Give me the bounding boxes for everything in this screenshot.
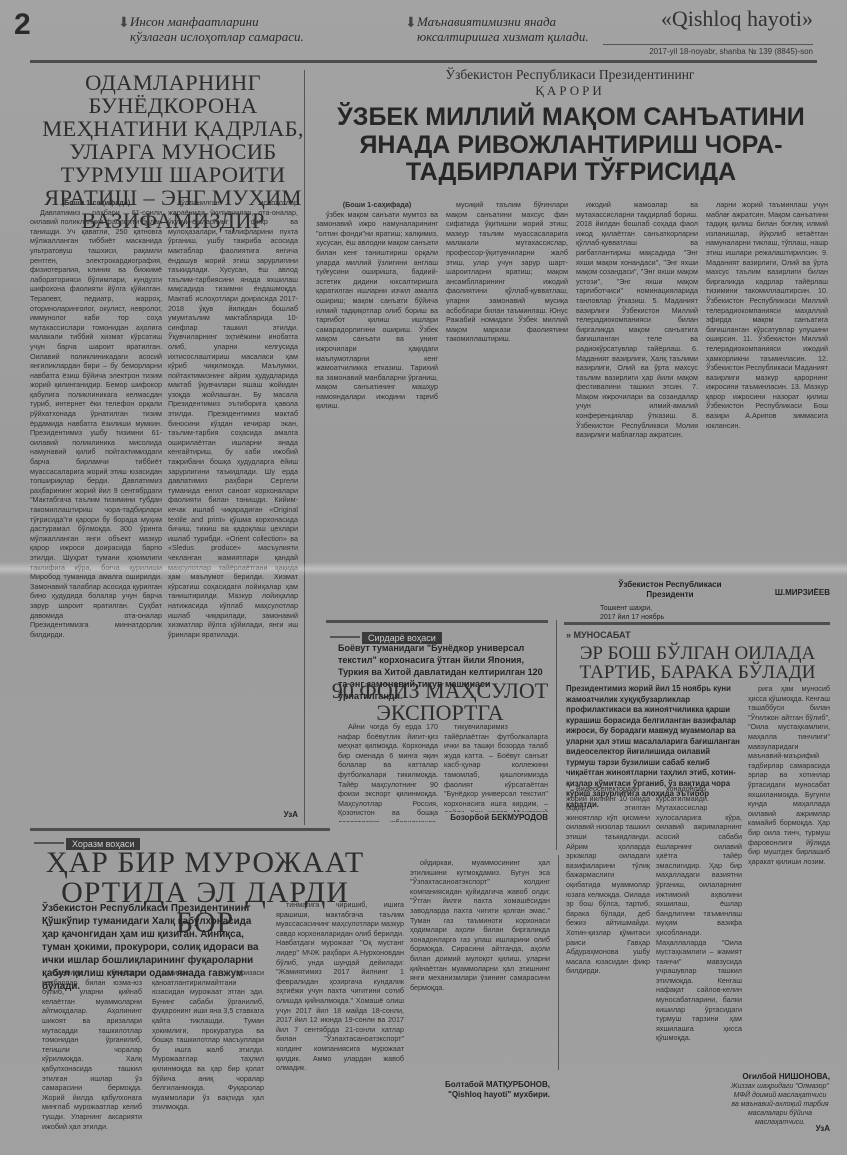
article5-col2-text: розилик аризаси қаноатлантирилмайтгани ю… (152, 968, 264, 1112)
article2-column-4: ларни жорий таъминлаш учун маблағ ажратс… (706, 200, 828, 576)
article4-rubric-label: МУНОСАБАТ (574, 630, 631, 640)
teaser-left[interactable]: ⬇ Инсон манфаатларини кўзлаган ислоҳотла… (118, 14, 330, 44)
teaser-right[interactable]: ⬇ Маънавиятимизни янада юксалтиришга хиз… (405, 14, 627, 44)
paper-fold (0, 562, 847, 576)
article4-headline: ЭР БОШ БЎЛГАН ОИЛАДА ТАРТИБ, БАРАКА БЎЛА… (560, 644, 835, 683)
article4-agency: УзА (730, 1124, 830, 1133)
article4-col1-text: Видеоселектордан жорий йилнинг 10 ойида … (566, 784, 650, 976)
article5-col1-text: Одамлар бевосита раҳбарлар билан юзма-юз… (42, 968, 142, 1131)
article3-top-rule (326, 620, 548, 623)
article4-column-3: рига ҳам муносиб ҳисса қўшмоқда. Кенгаш … (748, 684, 830, 1070)
page-number: 2 (14, 8, 31, 42)
article2-continued-note: (Боши 1-саҳифада) (316, 200, 438, 210)
teaser-right-line2: юксалтиришга хизмат қилади. (417, 29, 627, 44)
article2-date: 2017 йил 17 ноябрь (600, 613, 720, 622)
rubric-pen-icon (330, 636, 360, 638)
double-chevron-icon: » (566, 630, 571, 640)
article2-column-2: мусиқий таълим бўғинлари мақом санъатини… (446, 200, 568, 562)
article2-signer-title: Ўзбекистон Республикаси Президенти (600, 580, 740, 600)
article2-place: Тошкент шаҳри, (600, 604, 720, 613)
article5-signature-role: "Qishloq hayoti" мухбири. (410, 1090, 550, 1099)
article2-col4-text: ларни жорий таъминлаш учун маблағ ажратс… (706, 200, 828, 430)
article5-col3-text: тинмагига чиришиб, ишига ярашиши, мактаб… (276, 900, 404, 1073)
article4-top-rule (564, 622, 830, 625)
signer-title-line2: Президенти (600, 590, 740, 600)
article4-column-2: хонадонлар кўрсатилмайди. Мутахассислар … (656, 784, 742, 1054)
article1-column-1: (Боши 1-саҳифада) Давлатимиз раҳбари 61-… (30, 198, 162, 826)
article5-signature-name: Болтабой МАТҚУРБОНОВ, (410, 1080, 550, 1089)
column-divider (304, 70, 305, 825)
rubric-pen-icon (34, 842, 64, 844)
article3-column-1: Айни чоғда бу ерда 170 нафар боёвутлик й… (338, 722, 438, 822)
signer-title-line1: Ўзбекистон Республикаси (600, 580, 740, 590)
article2-col1-text: ўзбек мақом санъати мумтоз ва замонавий … (316, 210, 438, 411)
article1-column-2: қўлланилган ислоҳотлар жараёнида ўқитувч… (168, 198, 298, 808)
article3-column-2: тикувчиларимиз тайёрлаётган футболкаларг… (444, 722, 548, 812)
article2-signer-name: Ш.МИРЗИЁЕВ (740, 588, 830, 597)
article2-kicker: Ўзбекистон Республикаси Президентининг (310, 68, 830, 82)
article4-col3-text: рига ҳам муносиб ҳисса қўшмоқда. Кенгаш … (748, 684, 830, 866)
arrow-down-icon: ⬇ (118, 16, 130, 31)
article2-column-1: (Боши 1-саҳифада) ўзбек мақом санъати му… (316, 200, 438, 562)
article5-column-1: Одамлар бевосита раҳбарлар билан юзма-юз… (42, 968, 142, 1153)
article3-col1-text: Айни чоғда бу ерда 170 нафар боёвутлик й… (338, 722, 438, 822)
article3-headline: 90 ФОИЗ МАҲСУЛОТ ЭКСПОРТГА (330, 680, 550, 725)
teaser-left-line1: Инсон манфаатларини (130, 14, 330, 29)
arrow-down-icon: ⬇ (405, 16, 417, 31)
article2-headline: ЎЗБЕК МИЛЛИЙ МАҚОМ САНЪАТИНИ ЯНАДА РИВОЖ… (316, 104, 826, 187)
article5-column-4: ойдиркаи, муаммосининг ҳал этилишини кут… (410, 858, 550, 1080)
article2-column-3: ижодий жамоалар ва мутахассисларни тақди… (576, 200, 698, 576)
article1-continued-note: (Боши 1-саҳифада) (30, 198, 162, 208)
article2-place-date: Тошкент шаҳри, 2017 йил 17 ноябрь (600, 604, 720, 622)
teaser-right-line1: Маънавиятимизни янада (417, 14, 627, 29)
article2-col2-text: мусиқий таълим бўғинлари мақом санъатини… (446, 200, 568, 344)
article4-rubric: » МУНОСАБАТ (566, 630, 631, 640)
article4-signature-role: Жиззах шаҳридаги "Олмазор" МФЙ доимий ма… (730, 1082, 830, 1127)
header-divider (30, 60, 817, 63)
column-divider (558, 855, 559, 1070)
masthead-title: «Qishloq hayoti» (661, 6, 813, 32)
article3-signature: Бозорбой БЕКМУРОДОВ (420, 813, 548, 822)
article5-top-rule (30, 828, 330, 831)
column-divider (556, 620, 557, 850)
article2-col3-text: ижодий жамоалар ва мутахассисларни тақди… (576, 200, 698, 440)
article3-col2-text: тикувчиларимиз тайёрлаётган футболкаларг… (444, 722, 548, 812)
issue-line: 2017-yil 18-noyabr, shanba № 139 (8845)-… (603, 44, 813, 56)
article4-signature-name: Оғилбой НИШОНОВА, (730, 1072, 830, 1081)
article2-kicker-decree: ҚАРОРИ (310, 84, 830, 97)
article4-column-1: Видеоселектордан жорий йилнинг 10 ойида … (566, 784, 650, 1054)
article5-column-3: тинмагига чиришиб, ишига ярашиши, мактаб… (276, 900, 404, 1080)
article5-column-2: розилик аризаси қаноатлантирилмайтгани ю… (152, 968, 264, 1153)
article5-col4-text: ойдиркаи, муаммосининг ҳал этилишини кут… (410, 858, 550, 992)
article4-col2-text: хонадонлар кўрсатилмайди. Мутахассислар … (656, 784, 742, 1043)
teaser-left-line2: кўзлаган ислоҳотлар самараси. (130, 29, 330, 44)
article1-signature: УзА (220, 810, 298, 819)
